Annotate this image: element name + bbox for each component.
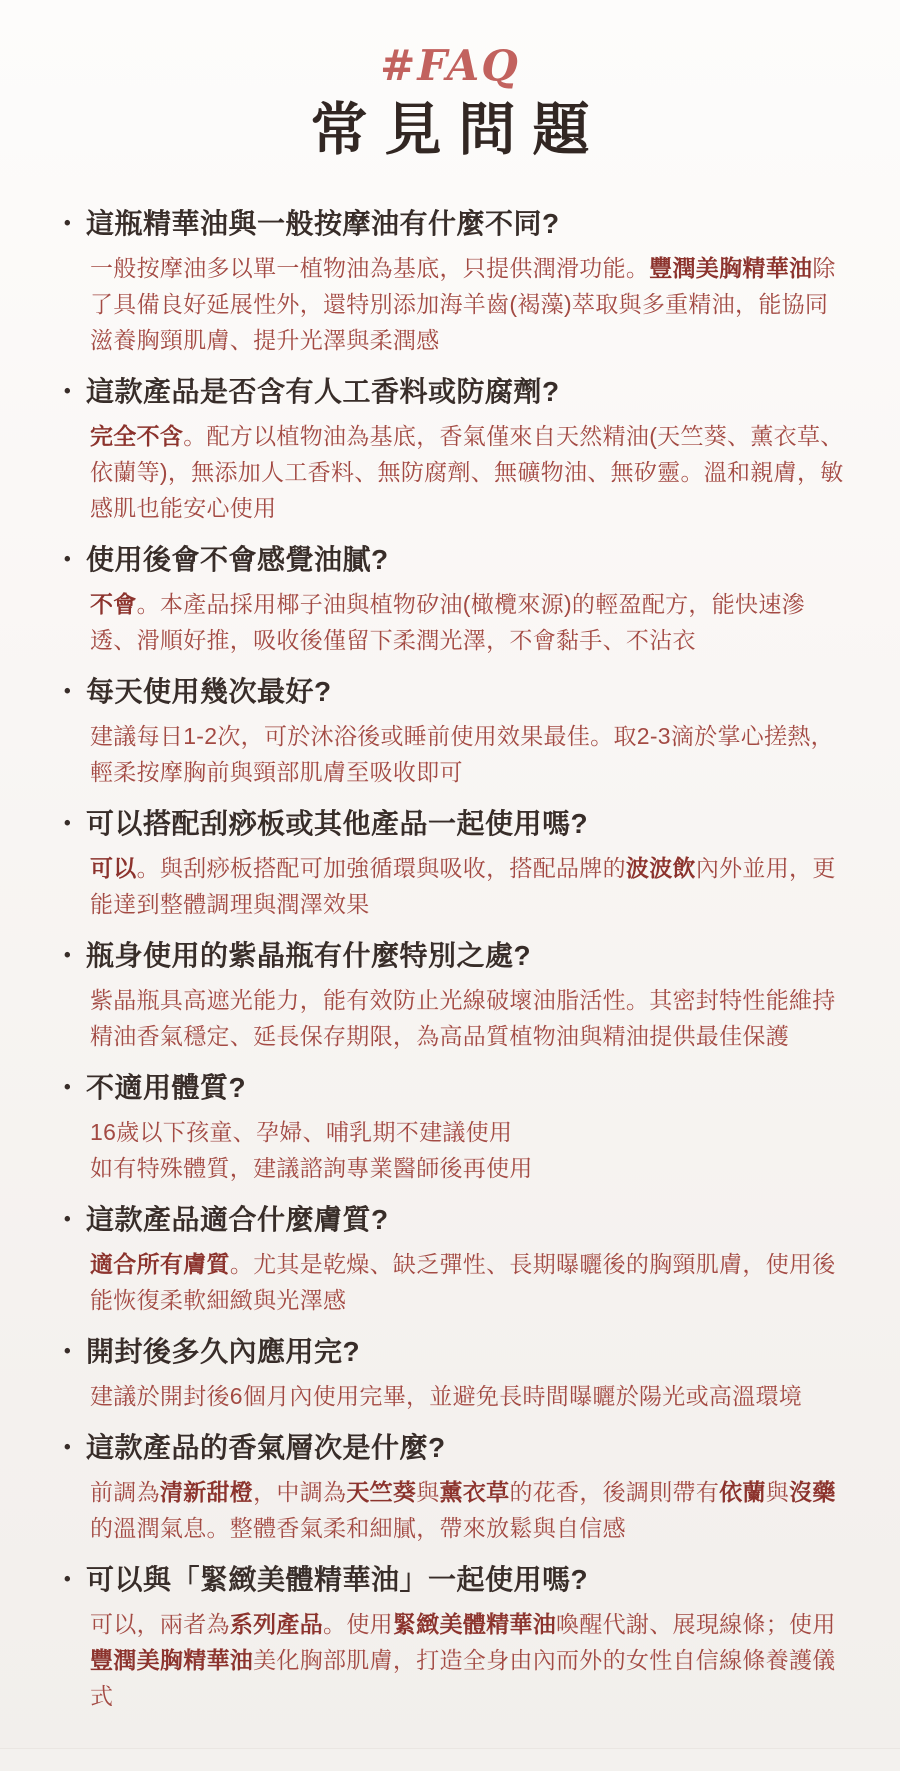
faq-question: •這瓶精華油與一般按摩油有什麼不同? [64, 204, 850, 244]
faq-question: •不適用體質? [64, 1068, 850, 1108]
faq-question-text: 這款產品的香氣層次是什麼? [86, 1428, 446, 1468]
faq-question-text: 可以搭配刮痧板或其他產品一起使用嗎? [86, 804, 588, 844]
faq-question: •瓶身使用的紫晶瓶有什麼特別之處? [64, 936, 850, 976]
faq-item: •可以與「緊緻美體精華油」一起使用嗎?可以，兩者為系列產品。使用緊緻美體精華油喚… [64, 1560, 850, 1714]
faq-answer: 16歲以下孩童、孕婦、哺乳期不建議使用如有特殊體質，建議諮詢專業醫師後再使用 [90, 1114, 850, 1186]
faq-answer: 建議於開封後6個月內使用完畢，並避免長時間曝曬於陽光或高溫環境 [90, 1378, 850, 1414]
bullet-icon: • [64, 804, 86, 844]
faq-question-text: 使用後會不會感覺油膩? [86, 540, 389, 580]
faq-question-text: 不適用體質? [86, 1068, 246, 1108]
faq-item: •瓶身使用的紫晶瓶有什麼特別之處?紫晶瓶具高遮光能力，能有效防止光線破壞油脂活性… [64, 936, 850, 1054]
faq-question-text: 這瓶精華油與一般按摩油有什麼不同? [86, 204, 560, 244]
faq-question-text: 這款產品適合什麼膚質? [86, 1200, 389, 1240]
faq-answer: 建議每日1-2次，可於沐浴後或睡前使用效果最佳。取2-3滴於掌心搓熱，輕柔按摩胸… [90, 718, 850, 790]
bullet-icon: • [64, 1068, 86, 1108]
faq-answer-paragraph: 適合所有膚質。尤其是乾燥、缺乏彈性、長期曝曬後的胸頸肌膚，使用後能恢復柔軟細緻與… [90, 1246, 850, 1318]
faq-question: •這款產品適合什麼膚質? [64, 1200, 850, 1240]
section-divider [0, 1748, 900, 1771]
faq-question: •使用後會不會感覺油膩? [64, 540, 850, 580]
faq-item: •使用後會不會感覺油膩?不會。本產品採用椰子油與植物矽油(橄欖來源)的輕盈配方，… [64, 540, 850, 658]
faq-item: •不適用體質?16歲以下孩童、孕婦、哺乳期不建議使用如有特殊體質，建議諮詢專業醫… [64, 1068, 850, 1186]
faq-item: •這款產品是否含有人工香料或防腐劑?完全不含。配方以植物油為基底，香氣僅來自天然… [64, 372, 850, 526]
faq-question-text: 開封後多久內應用完? [86, 1332, 360, 1372]
faq-answer: 一般按摩油多以單一植物油為基底，只提供潤滑功能。豐潤美胸精華油除了具備良好延展性… [90, 250, 850, 358]
faq-question: •每天使用幾次最好? [64, 672, 850, 712]
faq-question-text: 每天使用幾次最好? [86, 672, 332, 712]
faq-item: •這款產品的香氣層次是什麼?前調為清新甜橙，中調為天竺葵與薰衣草的花香，後調則帶… [64, 1428, 850, 1546]
bullet-icon: • [64, 936, 86, 976]
faq-answer: 可以，兩者為系列產品。使用緊緻美體精華油喚醒代謝、展現線條；使用豐潤美胸精華油美… [90, 1606, 850, 1714]
faq-hashtag-label: #FAQ [0, 42, 900, 90]
faq-answer: 可以。與刮痧板搭配可加強循環與吸收，搭配品牌的波波飲內外並用，更能達到整體調理與… [90, 850, 850, 922]
faq-answer: 紫晶瓶具高遮光能力，能有效防止光線破壞油脂活性。其密封特性能維持精油香氣穩定、延… [90, 982, 850, 1054]
bullet-icon: • [64, 1200, 86, 1240]
faq-page: #FAQ 常見問題 •這瓶精華油與一般按摩油有什麼不同?一般按摩油多以單一植物油… [0, 0, 900, 1771]
faq-answer-paragraph: 16歲以下孩童、孕婦、哺乳期不建議使用 [90, 1114, 850, 1150]
faq-question-text: 瓶身使用的紫晶瓶有什麼特別之處? [86, 936, 531, 976]
faq-answer-paragraph: 建議每日1-2次，可於沐浴後或睡前使用效果最佳。取2-3滴於掌心搓熱，輕柔按摩胸… [90, 718, 850, 790]
faq-answer-paragraph: 完全不含。配方以植物油為基底，香氣僅來自天然精油(天竺葵、薰衣草、依蘭等)，無添… [90, 418, 850, 526]
faq-answer: 不會。本產品採用椰子油與植物矽油(橄欖來源)的輕盈配方，能快速滲透、滑順好推，吸… [90, 586, 850, 658]
bullet-icon: • [64, 540, 86, 580]
bullet-icon: • [64, 1428, 86, 1468]
bullet-icon: • [64, 1332, 86, 1372]
faq-header: #FAQ 常見問題 [0, 0, 900, 166]
faq-answer-paragraph: 不會。本產品採用椰子油與植物矽油(橄欖來源)的輕盈配方，能快速滲透、滑順好推，吸… [90, 586, 850, 658]
faq-answer-paragraph: 一般按摩油多以單一植物油為基底，只提供潤滑功能。豐潤美胸精華油除了具備良好延展性… [90, 250, 850, 358]
bullet-icon: • [64, 372, 86, 412]
faq-answer-paragraph: 建議於開封後6個月內使用完畢，並避免長時間曝曬於陽光或高溫環境 [90, 1378, 850, 1414]
faq-answer-paragraph: 紫晶瓶具高遮光能力，能有效防止光線破壞油脂活性。其密封特性能維持精油香氣穩定、延… [90, 982, 850, 1054]
faq-question: •這款產品是否含有人工香料或防腐劑? [64, 372, 850, 412]
faq-list: •這瓶精華油與一般按摩油有什麼不同?一般按摩油多以單一植物油為基底，只提供潤滑功… [0, 166, 900, 1714]
bullet-icon: • [64, 672, 86, 712]
faq-item: •這瓶精華油與一般按摩油有什麼不同?一般按摩油多以單一植物油為基底，只提供潤滑功… [64, 204, 850, 358]
faq-item: •每天使用幾次最好?建議每日1-2次，可於沐浴後或睡前使用效果最佳。取2-3滴於… [64, 672, 850, 790]
bullet-icon: • [64, 204, 86, 244]
faq-item: •可以搭配刮痧板或其他產品一起使用嗎?可以。與刮痧板搭配可加強循環與吸收，搭配品… [64, 804, 850, 922]
faq-answer-paragraph: 可以。與刮痧板搭配可加強循環與吸收，搭配品牌的波波飲內外並用，更能達到整體調理與… [90, 850, 850, 922]
faq-item: •這款產品適合什麼膚質?適合所有膚質。尤其是乾燥、缺乏彈性、長期曝曬後的胸頸肌膚… [64, 1200, 850, 1318]
faq-answer: 前調為清新甜橙，中調為天竺葵與薰衣草的花香，後調則帶有依蘭與沒藥的溫潤氣息。整體… [90, 1474, 850, 1546]
faq-question: •可以與「緊緻美體精華油」一起使用嗎? [64, 1560, 850, 1600]
faq-question: •開封後多久內應用完? [64, 1332, 850, 1372]
faq-answer-paragraph: 可以，兩者為系列產品。使用緊緻美體精華油喚醒代謝、展現線條；使用豐潤美胸精華油美… [90, 1606, 850, 1714]
faq-question-text: 這款產品是否含有人工香料或防腐劑? [86, 372, 560, 412]
faq-question-text: 可以與「緊緻美體精華油」一起使用嗎? [86, 1560, 588, 1600]
faq-answer-paragraph: 如有特殊體質，建議諮詢專業醫師後再使用 [90, 1150, 850, 1186]
faq-question: •這款產品的香氣層次是什麼? [64, 1428, 850, 1468]
faq-answer: 完全不含。配方以植物油為基底，香氣僅來自天然精油(天竺葵、薰衣草、依蘭等)，無添… [90, 418, 850, 526]
faq-item: •開封後多久內應用完?建議於開封後6個月內使用完畢，並避免長時間曝曬於陽光或高溫… [64, 1332, 850, 1414]
faq-answer: 適合所有膚質。尤其是乾燥、缺乏彈性、長期曝曬後的胸頸肌膚，使用後能恢復柔軟細緻與… [90, 1246, 850, 1318]
bullet-icon: • [64, 1560, 86, 1600]
faq-question: •可以搭配刮痧板或其他產品一起使用嗎? [64, 804, 850, 844]
faq-answer-paragraph: 前調為清新甜橙，中調為天竺葵與薰衣草的花香，後調則帶有依蘭與沒藥的溫潤氣息。整體… [90, 1474, 850, 1546]
page-title: 常見問題 [0, 94, 900, 166]
